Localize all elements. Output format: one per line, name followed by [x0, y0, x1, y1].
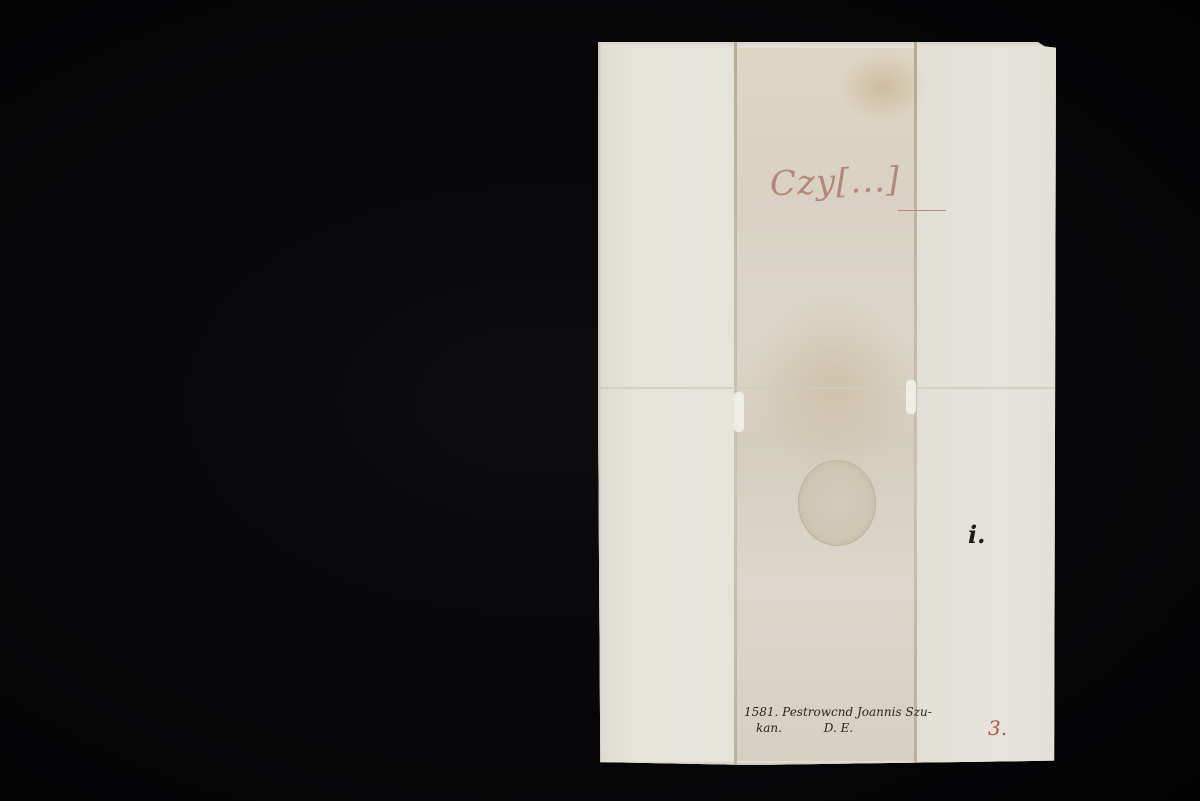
archive-note-line2-prefix: kan. [756, 721, 782, 735]
archive-note-line2: kan. D. E. [744, 720, 944, 736]
top-fold-edge [598, 42, 1056, 48]
archive-note-signature: D. E. [824, 721, 853, 735]
middle-stain [748, 292, 918, 472]
archive-note: 1581. Pestrowcnd Joannis Szu- kan. D. E. [744, 704, 944, 736]
top-red-annotation: Czy[...] [769, 160, 900, 205]
horizontal-fold-line [598, 387, 1056, 389]
seal-trace [798, 460, 876, 546]
document-sheet: Czy[...] i. 1581. Pestrowcnd Joannis Szu… [598, 42, 1056, 765]
left-fold-panel [598, 42, 736, 765]
red-dash-mark [898, 210, 946, 211]
archive-note-line1: 1581. Pestrowcnd Joannis Szu- [744, 704, 944, 720]
worn-spot-right [906, 380, 916, 414]
marginal-mark: i. [968, 520, 985, 549]
worn-spot-left [734, 392, 744, 432]
folio-number: 3. [988, 716, 1007, 740]
right-fold-panel [916, 42, 1056, 765]
